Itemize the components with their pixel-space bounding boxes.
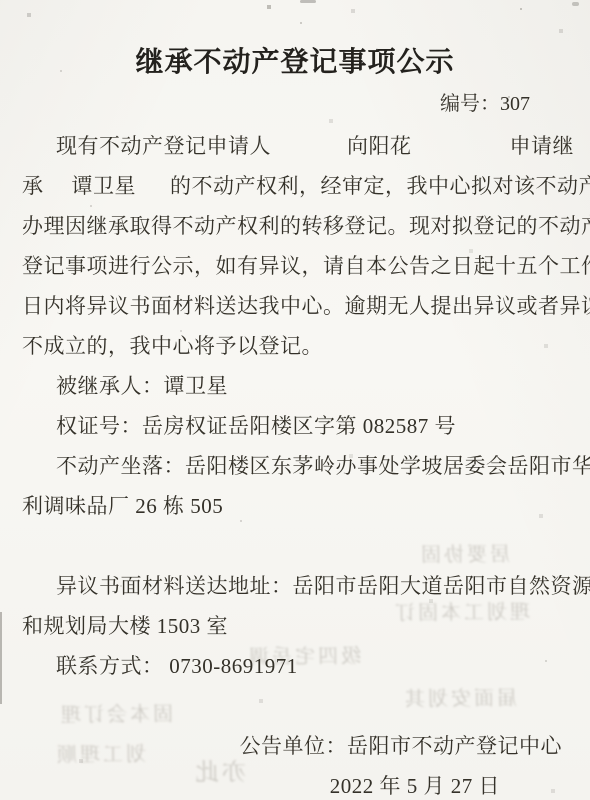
notice-body: 现有不动产登记申请人 向阳花 申请继 承 谭卫星 的不动产权利，经审定，我中心拟… bbox=[0, 126, 590, 800]
objection-address-line-1: 异议书面材料送达地址：岳阳市岳阳大道岳阳市自然资源 bbox=[22, 566, 580, 606]
scan-noise-speckles bbox=[0, 0, 2, 2]
property-location-line-2: 利调味品厂 26 栋 505 bbox=[22, 486, 580, 526]
doc-number: 编号：307 bbox=[0, 90, 590, 118]
body-line2-rest: 的不动产权利，经审定，我中心拟对该不动产 bbox=[170, 166, 590, 206]
applicant-name: 向阳花 bbox=[347, 126, 412, 166]
objection-address-line-2: 和规划局大楼 1503 室 bbox=[22, 606, 580, 646]
issue-date-line: 2022 年 5 月 27 日 bbox=[22, 766, 580, 800]
body-line-4: 登记事项进行公示，如有异议，请自本公告之日起十五个工作 bbox=[22, 246, 580, 286]
body-line1-suffix: 申请继 bbox=[510, 126, 575, 166]
scan-top-mark bbox=[300, 0, 316, 3]
notice-title: 继承不动产登记事项公示 bbox=[0, 40, 590, 80]
issuing-unit-line: 公告单位：岳阳市不动产登记中心 bbox=[22, 726, 580, 766]
scan-top-mark bbox=[572, 2, 579, 6]
body-line-2: 承 谭卫星 的不动产权利，经审定，我中心拟对该不动产 bbox=[22, 166, 580, 206]
decedent-line: 被继承人：谭卫星 bbox=[22, 366, 580, 406]
body-line-3: 办理因继承取得不动产权利的转移登记。现对拟登记的不动产 bbox=[22, 206, 580, 246]
blank-line bbox=[22, 686, 580, 726]
body-line-1: 现有不动产登记申请人 向阳花 申请继 bbox=[22, 126, 580, 166]
decedent-name-inline: 谭卫星 bbox=[72, 166, 137, 206]
scanned-notice-page: 居要协固 理划工本固订 级四宅岳调 届面安划其 固本会订理 划工理顺 亦此 继承… bbox=[0, 0, 590, 800]
blank-line bbox=[22, 526, 580, 566]
body-line-6: 不成立的，我中心将予以登记。 bbox=[22, 326, 580, 366]
body-line2-first-char: 承 bbox=[22, 166, 44, 206]
property-location-line-1: 不动产坐落：岳阳楼区东茅岭办事处学坡居委会岳阳市华 bbox=[22, 446, 580, 486]
certificate-number-line: 权证号：岳房权证岳阳楼区字第 082587 号 bbox=[22, 406, 580, 446]
contact-line: 联系方式： 0730-8691971 bbox=[22, 646, 580, 686]
body-line-5: 日内将异议书面材料送达我中心。逾期无人提出异议或者异议 bbox=[22, 286, 580, 326]
body-line1-prefix: 现有不动产登记申请人 bbox=[56, 126, 271, 166]
